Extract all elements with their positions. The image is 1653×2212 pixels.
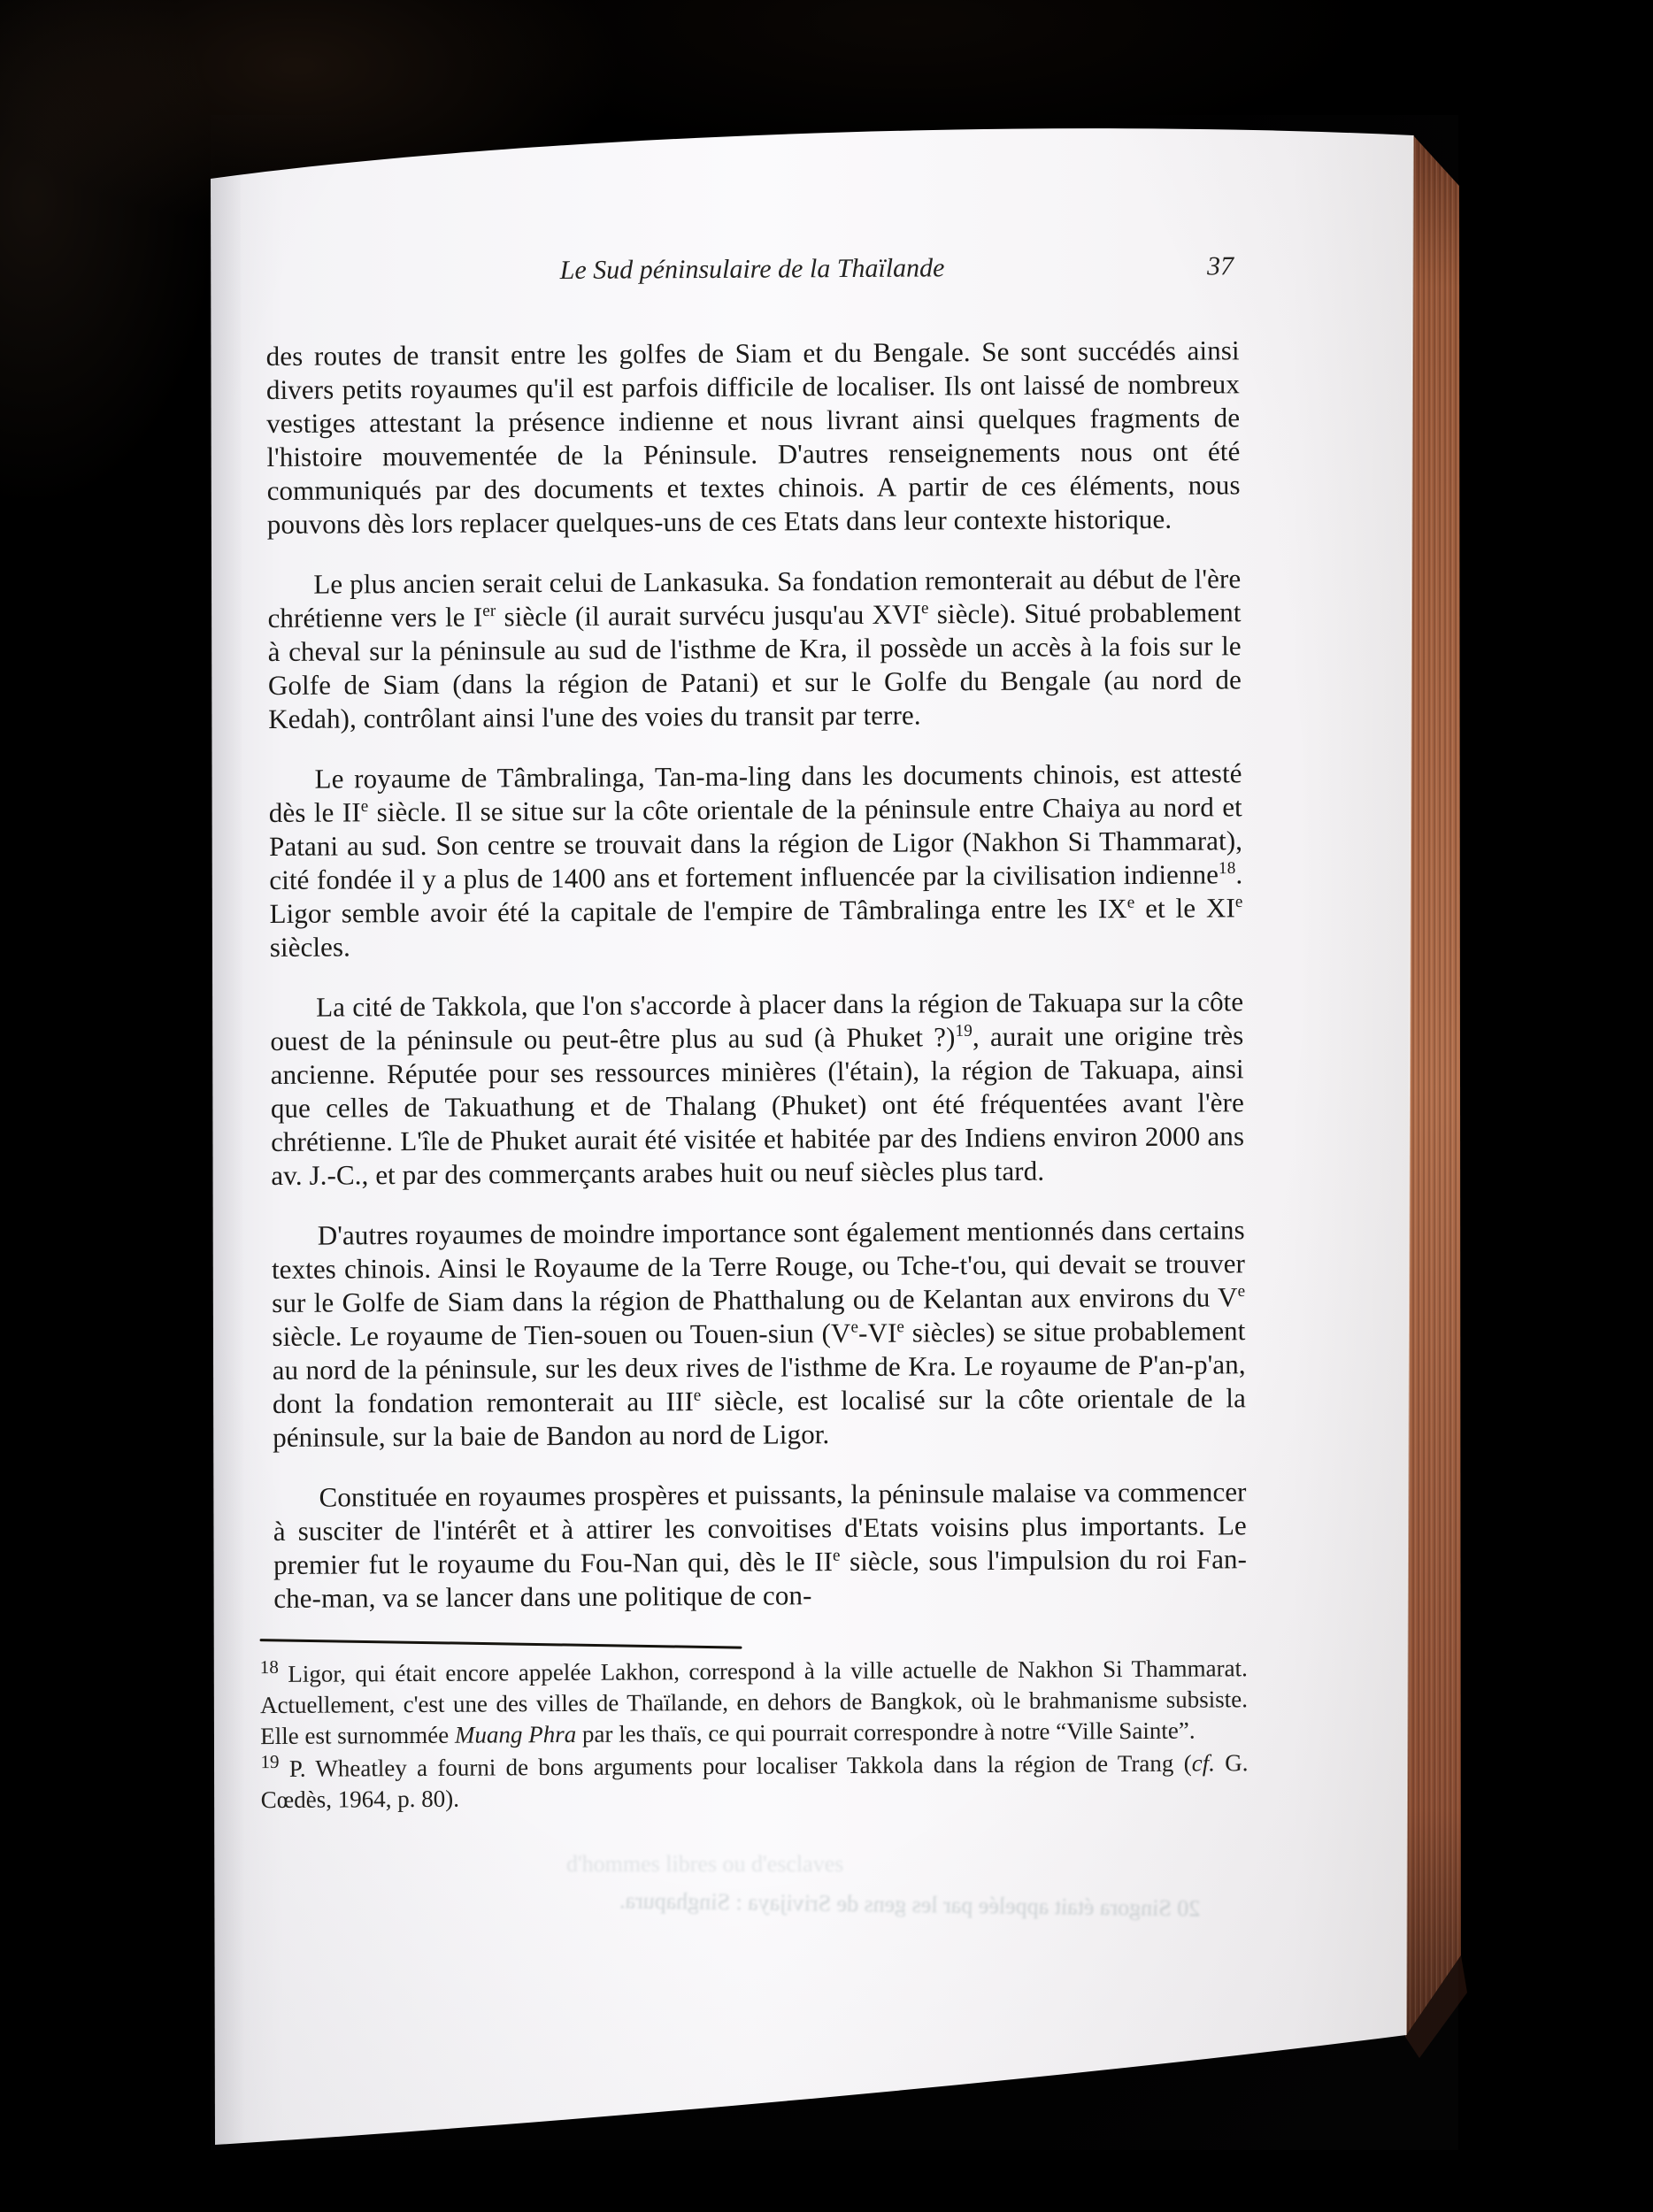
body-paragraph: Le royaume de Tâmbralinga, Tan-ma-ling d… [269,757,1243,964]
footnote-rule [260,1639,742,1649]
running-title: Le Sud péninsulaire de la Thaïlande [265,249,1239,290]
spine-shadow [211,176,245,2145]
body-paragraph: des routes de transit entre les golfes d… [266,334,1241,541]
body-paragraph: Constituée en royaumes prospères et puis… [273,1475,1247,1616]
body-text: des routes de transit entre les golfes d… [266,334,1248,1616]
body-paragraph: D'autres royaumes de moindre importance … [272,1213,1247,1455]
running-head: Le Sud péninsulaire de la Thaïlande 37 [265,249,1239,292]
printed-text: Le Sud péninsulaire de la Thaïlande 37 d… [265,249,1249,1816]
book-photo-frame: d'hommes libres ou d'esclaves 20 Singora… [0,0,1653,2212]
page-number: 37 [1207,249,1234,284]
fore-edge-striations [1405,135,1461,2037]
footnote: 19 P. Wheatley a fourni de bons argument… [260,1747,1248,1816]
book-photo: { "page": { "header": { "running_title":… [0,0,1653,2212]
body-paragraph: Le plus ancien serait celui de Lankasuka… [267,562,1242,736]
footnote: 18 Ligor, qui était encore appelée Lakho… [260,1653,1249,1752]
body-paragraph: La cité de Takkola, que l'on s'accorde à… [270,985,1244,1193]
footnotes: 18 Ligor, qui était encore appelée Lakho… [274,1653,1249,1816]
